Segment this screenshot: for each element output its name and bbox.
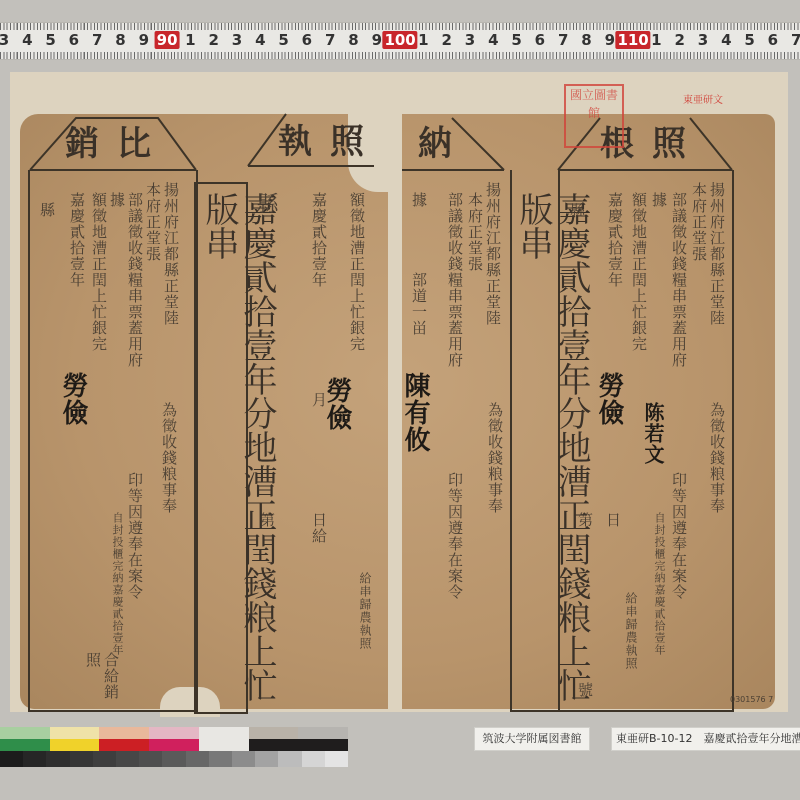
color-patch xyxy=(93,751,116,767)
color-patch xyxy=(249,739,299,751)
text-column: 額徵地漕正閏上忙銀完 xyxy=(348,192,366,392)
color-patch xyxy=(70,751,93,767)
text-column: 本府正堂張 xyxy=(690,182,708,322)
text-column: 嘉慶貳拾壹年 xyxy=(310,192,328,332)
ruler-label: 7 xyxy=(92,31,102,49)
document-sheet: 銷比 揚州府江都縣正堂陸 本府正堂張 部議徵收錢糧串票蓋用府 據 額徵地漕正閏上… xyxy=(10,72,788,712)
ruler-label: 5 xyxy=(511,31,521,49)
text-column: 為徵收錢粮事奉 xyxy=(160,402,178,542)
ruler-label: 8 xyxy=(581,31,591,49)
text-column: 據 xyxy=(410,192,428,222)
text-column: 揚州府江都縣正堂陸 xyxy=(162,182,180,392)
handwritten-name: 勞儉 xyxy=(64,372,82,462)
color-patch xyxy=(99,727,149,739)
ruler-label: 4 xyxy=(22,31,32,49)
text-column: 揚州府江都縣正堂陸 xyxy=(484,182,502,382)
panel-header: 執照 xyxy=(278,114,382,163)
text-column: 部道一畄 xyxy=(410,272,428,372)
ruler-label: 2 xyxy=(208,31,218,49)
ruler-label: 9 xyxy=(139,31,149,49)
color-patch xyxy=(249,727,299,739)
text-column: 額徵地漕正閏上忙銀完 xyxy=(90,192,108,392)
color-patch xyxy=(255,751,278,767)
panel-header: 銷比 xyxy=(65,116,169,165)
color-patch xyxy=(0,727,50,739)
ruler-label: 5 xyxy=(278,31,288,49)
text-column: 據 xyxy=(650,192,668,222)
text-column: 據 xyxy=(108,192,126,222)
ruler-label: 2 xyxy=(441,31,451,49)
panel-header: 納 xyxy=(418,116,470,165)
grayscale-step-row xyxy=(0,751,348,767)
text-column: 為徵收錢粮事奉 xyxy=(708,402,726,542)
text-column: 印等因遵奉在案令 xyxy=(446,472,464,672)
library-label: 筑波大学附属図書館 xyxy=(474,727,590,751)
ruler-label: 7 xyxy=(325,31,335,49)
text-column: 縣 xyxy=(256,192,274,232)
ruler-label: 8 xyxy=(115,31,125,49)
ruler-label: 4 xyxy=(721,31,731,49)
handwritten-name: 陳有攸 xyxy=(406,372,424,492)
ruler-label: 9 xyxy=(372,31,382,49)
red-ownership-stamp: 東亜研文 xyxy=(683,91,723,106)
measurement-ruler: 3456789901234567891001234567891101234567 xyxy=(0,22,800,60)
ruler-label: 1 xyxy=(418,31,428,49)
ruler-label: 2 xyxy=(674,31,684,49)
color-patch xyxy=(186,751,209,767)
ruler-label: 8 xyxy=(348,31,358,49)
text-column: 第 xyxy=(258,512,276,532)
ruler-ticks-bottom xyxy=(0,52,800,59)
ruler-label: 9 xyxy=(605,31,615,49)
handwritten-name: 勞儉 xyxy=(328,377,346,467)
text-column: 縣 xyxy=(38,202,56,232)
ruler-label: 7 xyxy=(791,31,800,49)
ruler-label: 5 xyxy=(744,31,754,49)
text-column: 嘉慶貳拾壹年 xyxy=(68,192,86,332)
color-patch xyxy=(139,751,162,767)
catalog-label: 東亜研B-10-12 嘉慶貳拾壹年分地漕正閏銭粮上忙版串 xyxy=(611,727,800,751)
color-patch xyxy=(23,751,46,767)
text-column: 本府正堂張 xyxy=(144,182,162,322)
text-column: 部議徵收錢糧串票蓋用府 xyxy=(126,192,144,452)
text-column: 嘉慶貳拾壹年 xyxy=(606,192,624,332)
color-patch xyxy=(99,739,149,751)
color-calibration-chart xyxy=(0,727,348,771)
color-patch xyxy=(199,739,249,751)
text-column: 揚州府江都縣正堂陸 xyxy=(708,182,726,382)
handwritten-name: 陈若文 xyxy=(644,402,662,502)
color-patch xyxy=(232,751,255,767)
color-patch xyxy=(298,739,348,751)
text-column: 日 xyxy=(604,512,622,532)
color-patch xyxy=(199,727,249,739)
text-column: 印等因遵奉在案令 xyxy=(670,472,688,662)
color-patch xyxy=(46,751,69,767)
color-patch xyxy=(50,739,100,751)
ruler-label: 110 xyxy=(615,31,650,49)
handwritten-name: 勞儉 xyxy=(600,372,618,462)
red-library-seal: 國立圖書館 xyxy=(564,84,624,148)
text-column: 部議徵收錢糧串票蓋用府 xyxy=(446,192,464,452)
color-patch xyxy=(325,751,348,767)
color-patch xyxy=(50,727,100,739)
color-patch xyxy=(0,751,23,767)
text-column: 第 xyxy=(576,512,594,532)
ruler-label: 6 xyxy=(69,31,79,49)
color-patch xyxy=(149,727,199,739)
ruler-label: 4 xyxy=(255,31,265,49)
color-patch-row-saturated xyxy=(0,739,348,751)
ruler-label: 1 xyxy=(651,31,661,49)
color-patch xyxy=(209,751,232,767)
text-column: 給串歸農執照 xyxy=(356,572,374,682)
color-patch xyxy=(116,751,139,767)
color-patch xyxy=(149,739,199,751)
ruler-label: 6 xyxy=(302,31,312,49)
color-patch xyxy=(298,727,348,739)
ruler-label: 100 xyxy=(382,31,417,49)
accession-number: 0301576 7 xyxy=(730,695,773,704)
text-column: 縣 xyxy=(568,202,586,232)
ruler-label: 3 xyxy=(698,31,708,49)
ruler-label: 3 xyxy=(0,31,9,49)
ruler-label: 1 xyxy=(185,31,195,49)
text-column: 部議徵收錢糧串票蓋用府 xyxy=(670,192,688,452)
ruler-label: 5 xyxy=(45,31,55,49)
text-column: 月 xyxy=(310,392,328,412)
text-column: 給串歸農執照 xyxy=(622,592,640,702)
text-column: 印等因遵奉在案令 xyxy=(126,472,144,662)
ruler-label: 90 xyxy=(155,31,180,49)
text-column: 額徵地漕正閏上忙銀完 xyxy=(630,192,648,392)
text-column: 號 xyxy=(576,682,594,702)
main-title-column: 嘉慶貳拾壹年分地漕正閏錢粮上忙版串 xyxy=(200,192,276,702)
ruler-ticks-top xyxy=(0,23,800,30)
color-patch xyxy=(162,751,185,767)
text-column: 為徵收錢粮事奉 xyxy=(486,402,504,542)
ruler-label: 6 xyxy=(535,31,545,49)
ruler-label: 7 xyxy=(558,31,568,49)
color-patch xyxy=(0,739,50,751)
text-column: 本府正堂張 xyxy=(466,192,484,322)
ruler-label: 4 xyxy=(488,31,498,49)
text-column: 日給 xyxy=(310,512,328,552)
color-patch xyxy=(302,751,325,767)
color-patch xyxy=(278,751,301,767)
text-column: 合給銷照 xyxy=(84,652,120,712)
color-patch-row-light xyxy=(0,727,348,739)
ruler-label: 3 xyxy=(465,31,475,49)
ruler-label: 3 xyxy=(232,31,242,49)
ruler-label: 6 xyxy=(768,31,778,49)
text-column: 自封投櫃完納嘉慶貳拾壹年 xyxy=(650,512,668,702)
